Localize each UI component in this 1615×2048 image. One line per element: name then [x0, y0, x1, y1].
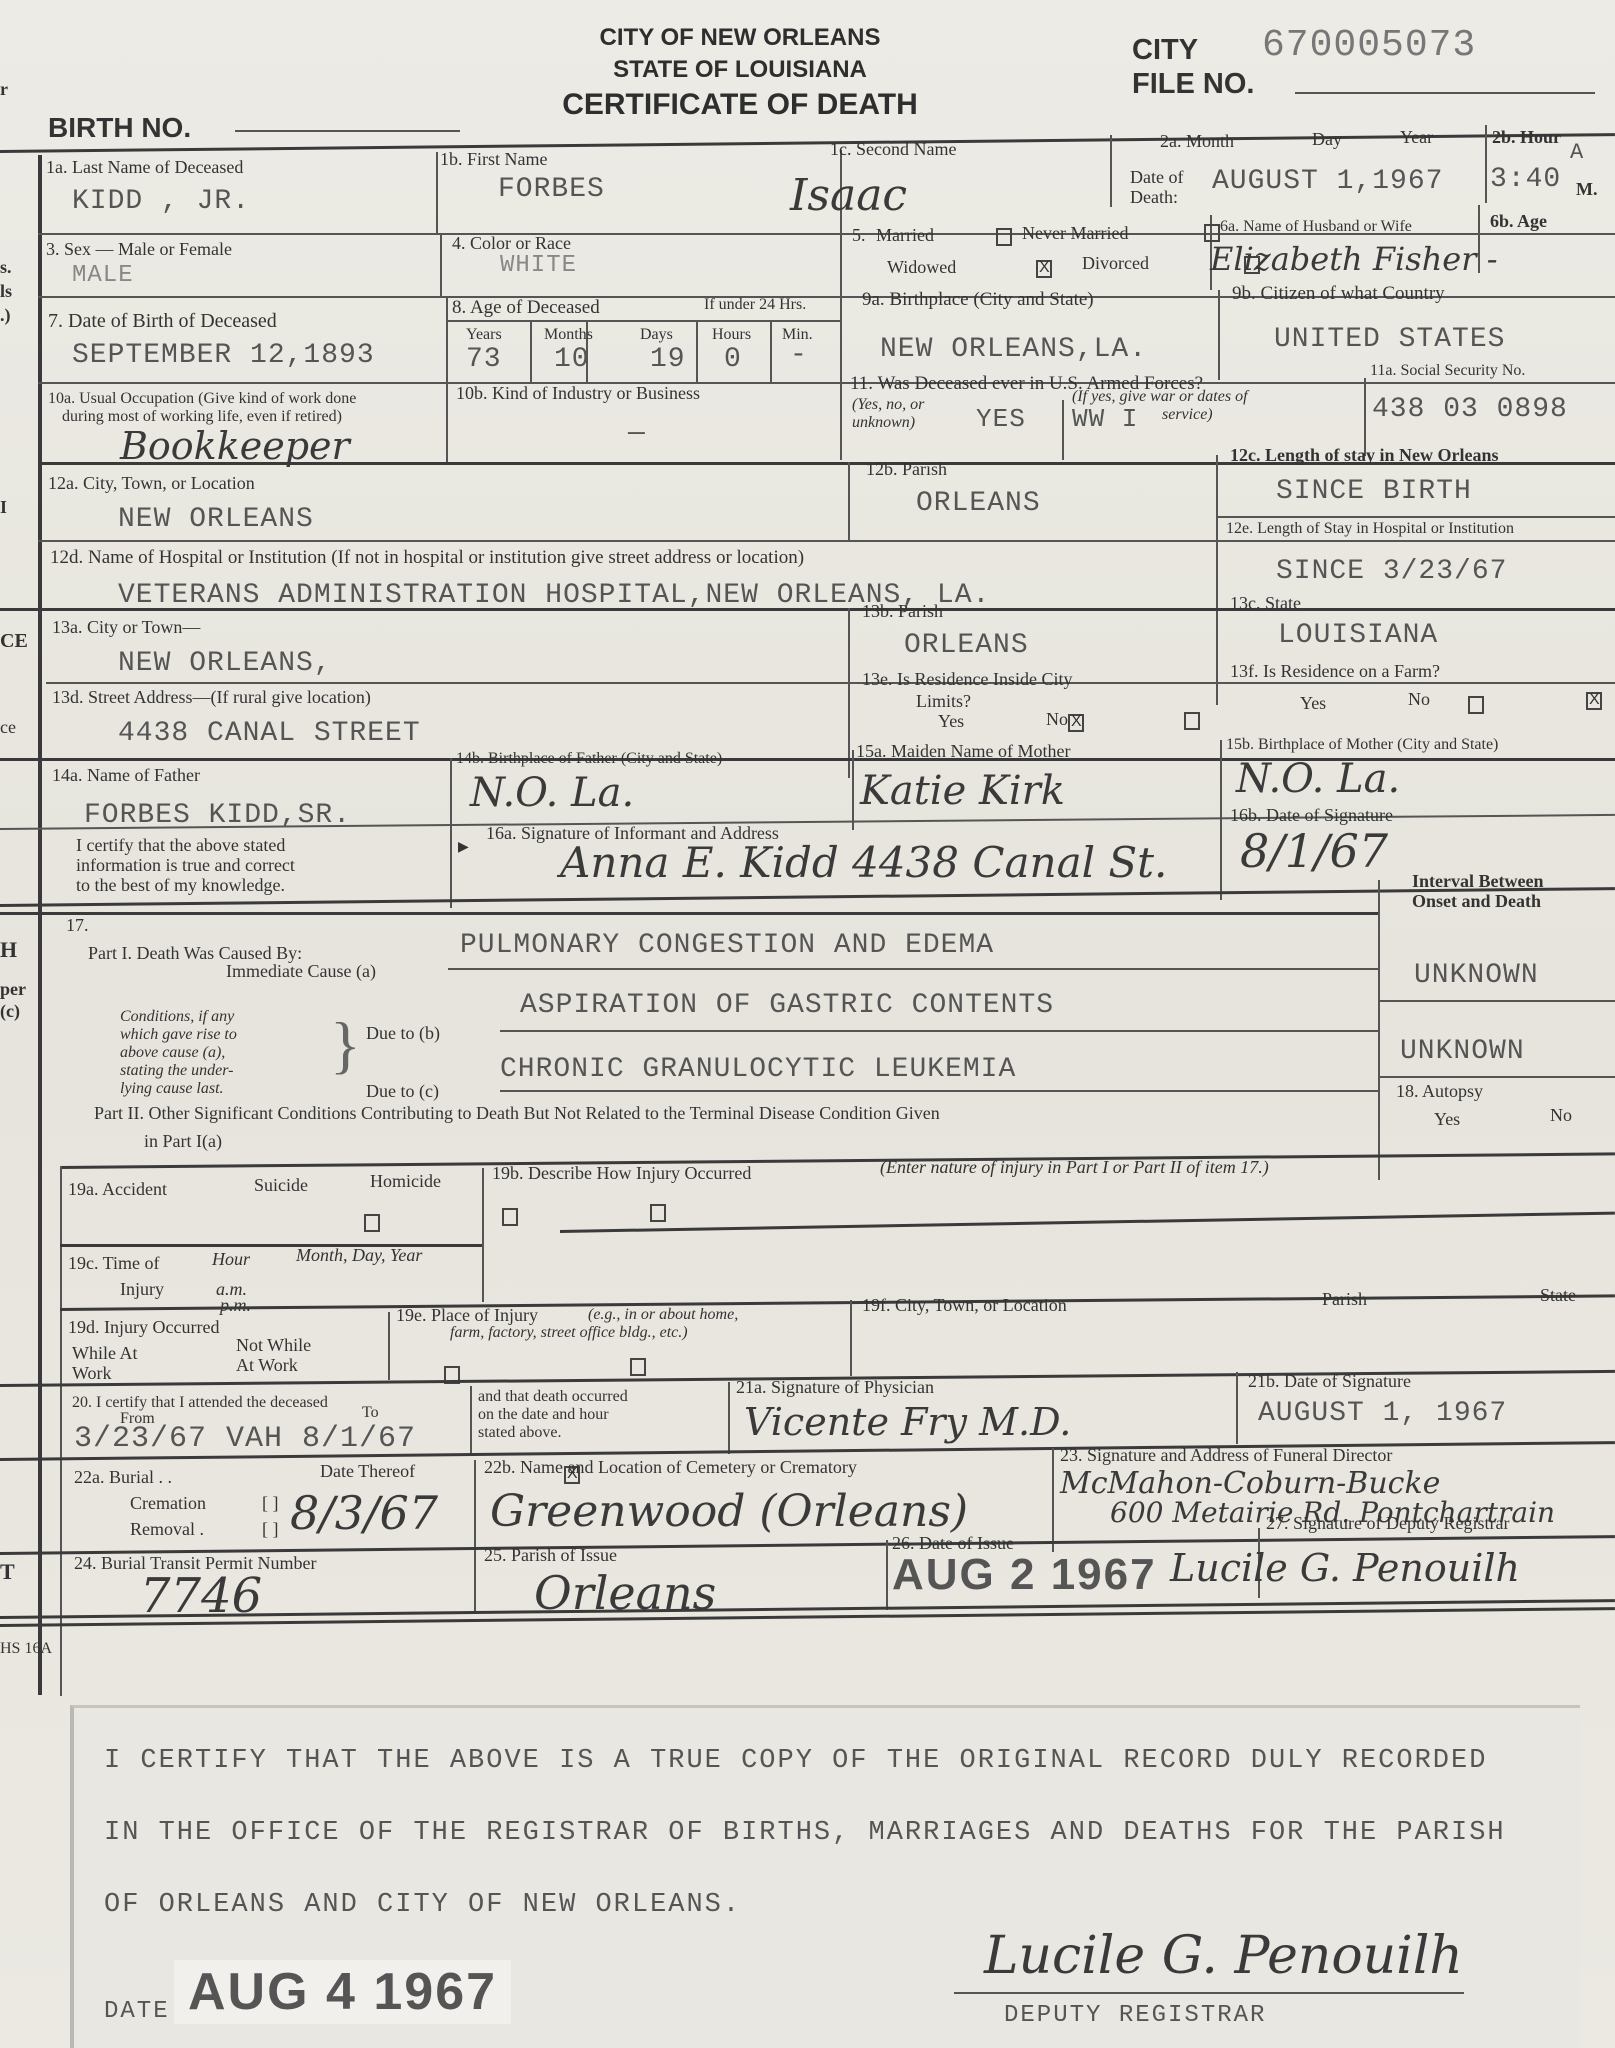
value-stay-hospital: SINCE 3/23/67 [1276, 556, 1507, 587]
col-divider [770, 322, 772, 382]
value-age-years: 73 [466, 344, 502, 375]
checkbox-cremation[interactable]: [ ] [262, 1494, 279, 1514]
label-1c: 1c. Second Name [830, 140, 956, 160]
certify-line2: information is true and correct [76, 856, 295, 876]
form-left-rule [38, 155, 42, 1695]
value-mother-maiden-name: Katie Kirk [860, 768, 1065, 814]
row-divider [38, 540, 1615, 542]
label-19a-homicide: Homicide [370, 1172, 441, 1192]
label-2a-year: Year [1400, 128, 1433, 148]
row-divider [46, 682, 1615, 684]
col-divider [840, 292, 842, 384]
label-20-cont2: on the date and hour [478, 1406, 609, 1424]
label-1b: 1b. First Name [440, 150, 548, 170]
label-19a-accident: 19a. Accident [68, 1180, 167, 1200]
col-divider [388, 1312, 390, 1380]
checkbox-inside-city-no[interactable] [1184, 712, 1200, 730]
page-title: CERTIFICATE OF DEATH [520, 88, 960, 122]
form-code: HS 16A [0, 1640, 52, 1658]
label-due-c: Due to (c) [366, 1082, 439, 1102]
margin-fragment: r [0, 80, 8, 100]
label-immediate-cause: Immediate Cause (a) [226, 962, 376, 982]
value-attended-dates: 3/23/67 VAH 8/1/67 [74, 1422, 416, 1456]
col-divider [840, 380, 842, 460]
certify-line1: I certify that the above stated [76, 836, 285, 856]
header-state: STATE OF LOUISIANA [520, 56, 960, 84]
label-years: Years [466, 326, 502, 344]
value-date-of-birth: SEPTEMBER 12,1893 [72, 340, 375, 371]
label-interval-line2: Onset and Death [1412, 892, 1541, 912]
label-5: 5. [852, 226, 866, 246]
value-residence-parish: ORLEANS [904, 630, 1029, 661]
value-date-of-issue: AUG 2 1967 [892, 1550, 1157, 1600]
label-13e-yes: Yes [938, 712, 964, 732]
label-due-b: Due to (b) [366, 1024, 440, 1044]
col-divider [728, 1382, 730, 1454]
label-death: Death: [1130, 188, 1178, 208]
value-physician-signature: Vicente Fry M.D. [744, 1400, 1071, 1444]
certification-line3: OF ORLEANS AND CITY OF NEW ORLEANS. [104, 1890, 741, 1920]
value-cemetery: Greenwood (Orleans) [490, 1486, 968, 1537]
value-age-hours: 0 [724, 344, 742, 375]
label-19b-hint: (Enter nature of injury in Part I or Par… [880, 1158, 1269, 1178]
row-divider [0, 608, 1615, 611]
value-age-days: 19 [650, 344, 686, 375]
label-2a-day: Day [1312, 130, 1342, 150]
value-father-birthplace: N.O. La. [470, 770, 634, 816]
certification-line2: IN THE OFFICE OF THE REGISTRAR OF BIRTHS… [104, 1818, 1506, 1848]
margin-fragment: ls [0, 282, 12, 302]
certification-box: I CERTIFY THAT THE ABOVE IS A TRUE COPY … [70, 1705, 1580, 2048]
value-second-name: Isaac [790, 170, 907, 221]
label-22b: 22b. Name and Location of Cemetery or Cr… [484, 1458, 857, 1478]
label-13e-no: No [1046, 710, 1068, 730]
label-while-at: While At [72, 1344, 138, 1364]
city-file-label: FILE NO. [1132, 68, 1254, 101]
col-divider [474, 1460, 476, 1554]
value-occupation: Bookkeeper [120, 424, 350, 468]
death-certificate: r s. ls .) I CE ce H per (c) T CITY OF N… [0, 0, 1615, 2048]
label-12c: 12c. Length of stay in New Orleans [1230, 446, 1499, 466]
label-conditions-5: lying cause last. [120, 1080, 224, 1098]
label-10b: 10b. Kind of Industry or Business [456, 384, 700, 404]
value-ampm-a: A [1570, 140, 1584, 165]
col-divider [850, 1300, 852, 1376]
label-15b: 15b. Birthplace of Mother (City and Stat… [1226, 736, 1498, 754]
margin-fragment: CE [0, 630, 28, 652]
form-top-rule [0, 133, 1615, 153]
label-19c-hour: Hour [212, 1250, 250, 1270]
label-18-no: No [1550, 1106, 1572, 1126]
value-cause-b: ASPIRATION OF GASTRIC CONTENTS [520, 990, 1054, 1021]
label-19e-hint2: farm, factory, street office bldg., etc.… [450, 1324, 688, 1342]
value-interval-c: UNKNOWN [1400, 1036, 1525, 1067]
col-divider [440, 234, 442, 296]
value-industry: — [628, 418, 646, 449]
label-19b: 19b. Describe How Injury Occurred [492, 1164, 751, 1184]
value-armed-forces: YES [976, 404, 1026, 434]
value-stay-new-orleans: SINCE BIRTH [1276, 476, 1472, 507]
label-divorced: Divorced [1082, 254, 1149, 274]
label-15a: 15a. Maiden Name of Mother [856, 742, 1070, 762]
label-20-cont3: stated above. [478, 1424, 562, 1442]
label-widowed: Widowed [887, 258, 956, 278]
value-ampm-m: M. [1576, 180, 1598, 200]
label-22a-date: Date Thereof [320, 1462, 415, 1482]
injury-desc-line [560, 1212, 1615, 1233]
margin-fragment: .) [0, 306, 11, 326]
label-6a: 6a. Name of Husband or Wife [1220, 218, 1412, 236]
col-divider [530, 322, 532, 382]
cause-b-line [500, 1030, 1378, 1032]
label-13f-yes: Yes [1300, 694, 1326, 714]
value-age-months: 10 [554, 344, 590, 375]
city-file-number: 670005073 [1262, 24, 1476, 67]
value-physician-date: AUGUST 1, 1967 [1258, 1398, 1507, 1429]
label-2a-month: 2a. Month [1160, 132, 1234, 152]
label-part2-sub: in Part I(a) [144, 1132, 222, 1152]
city-file-label: CITY [1132, 34, 1198, 67]
value-informant-date: 8/1/67 [1240, 824, 1388, 878]
label-1a: 1a. Last Name of Deceased [46, 158, 243, 178]
label-14b: 14b. Birthplace of Father (City and Stat… [456, 750, 722, 768]
birth-no-line [235, 130, 460, 132]
label-work: Work [72, 1364, 112, 1384]
value-street-address: 4438 CANAL STREET [118, 718, 421, 749]
label-months: Months [544, 326, 593, 344]
col-divider [852, 750, 854, 830]
checkbox-removal[interactable]: [ ] [262, 1520, 279, 1540]
label-19e: 19e. Place of Injury [396, 1306, 538, 1326]
label-22a-removal: Removal . [130, 1520, 204, 1540]
label-12d: 12d. Name of Hospital or Institution (If… [50, 548, 804, 569]
col-divider [450, 758, 452, 908]
row-divider [38, 382, 1615, 384]
margin-fragment: per [0, 980, 26, 1000]
col-divider [1062, 400, 1064, 460]
value-hour: 3:40 [1490, 164, 1561, 195]
col-divider [886, 1540, 888, 1610]
label-10a-line1: 10a. Usual Occupation (Give kind of work… [48, 390, 356, 408]
checkbox-inside-city-yes[interactable] [1068, 714, 1084, 732]
label-days: Days [640, 326, 673, 344]
label-22a-cremation: Cremation [130, 1494, 206, 1514]
col-divider [1110, 135, 1112, 207]
label-21b: 21b. Date of Signature [1248, 1372, 1411, 1392]
label-7: 7. Date of Birth of Deceased [48, 310, 277, 332]
header-city: CITY OF NEW ORLEANS [520, 24, 960, 52]
label-25: 25. Parish of Issue [484, 1546, 617, 1566]
col-divider [474, 1552, 476, 1612]
birth-no-label: BIRTH NO. [48, 112, 191, 144]
col-divider [840, 228, 842, 296]
row-divider [1380, 1000, 1615, 1002]
label-21a: 21a. Signature of Physician [736, 1378, 934, 1398]
margin-fragment: H [0, 938, 17, 962]
label-19f-parish: Parish [1322, 1290, 1367, 1310]
label-13e-line2: Limits? [916, 692, 971, 712]
section-divider [60, 1152, 1615, 1169]
label-19c-mdy: Month, Day, Year [296, 1246, 422, 1266]
signature-line [954, 1992, 1464, 1994]
cause-c-line [500, 1090, 1378, 1092]
value-informant-signature: Anna E. Kidd 4438 Canal St. [560, 838, 1167, 887]
label-20: 20. I certify that I attended the deceas… [72, 1394, 328, 1412]
label-19d: 19d. Injury Occurred [68, 1318, 219, 1338]
value-burial-date: 8/3/67 [290, 1486, 438, 1540]
certify-line3: to the best of my knowledge. [76, 876, 285, 896]
label-under-24: If under 24 Hrs. [704, 296, 806, 314]
label-18: 18. Autopsy [1396, 1082, 1483, 1102]
label-13b: 13b. Parish [862, 602, 943, 622]
margin-fragment: s. [0, 258, 12, 278]
checkbox-married[interactable] [996, 228, 1012, 246]
label-19f-state: State [1540, 1286, 1576, 1306]
value-birthplace: NEW ORLEANS,LA. [880, 334, 1147, 365]
label-20-to: To [362, 1404, 379, 1422]
label-2b: 2b. Hour [1492, 128, 1561, 148]
col-divider [848, 608, 850, 778]
value-first-name: FORBES [498, 174, 605, 205]
value-cause-c: CHRONIC GRANULOCYTIC LEUKEMIA [500, 1054, 1016, 1085]
col-divider [482, 1168, 484, 1302]
value-mother-birthplace: N.O. La. [1236, 756, 1400, 802]
label-11-sub2: unknown) [852, 414, 915, 432]
col-divider [696, 322, 698, 382]
label-at-work: At Work [236, 1356, 298, 1376]
label-4: 4. Color or Race [452, 234, 571, 254]
label-13d: 13d. Street Address—(If rural give locat… [52, 688, 371, 708]
value-sex: MALE [72, 262, 134, 289]
row-divider [1216, 516, 1615, 518]
row-divider [60, 1294, 1615, 1311]
value-age-min: - [790, 340, 808, 371]
label-3: 3. Sex — Male or Female [46, 240, 232, 260]
brace-icon: } [330, 1010, 361, 1080]
pointer-arrow-icon: ▶ [458, 840, 469, 855]
label-12a: 12a. City, Town, or Location [48, 474, 255, 494]
checkbox-not-while-at-work[interactable] [630, 1358, 646, 1376]
row-divider [1380, 1076, 1615, 1078]
col-divider [446, 384, 448, 462]
label-10a-line2: during most of working life, even if ret… [62, 408, 342, 426]
value-death-parish: ORLEANS [916, 488, 1041, 519]
value-spouse-name: Elizabeth Fisher - [1210, 240, 1498, 278]
label-27: 27. Signature of Deputy Registrar [1266, 1514, 1509, 1534]
value-war: WW I [1072, 404, 1138, 434]
label-19e-hint1: (e.g., in or about home, [588, 1306, 738, 1324]
label-13a: 13a. City or Town— [52, 618, 200, 638]
checkbox-widowed[interactable] [1036, 260, 1052, 278]
col-divider [436, 152, 438, 234]
checkbox-farm-yes[interactable] [1468, 696, 1484, 714]
value-deputy-registrar-signature: Lucile G. Penouilh [1170, 1546, 1520, 1590]
col-divider [446, 296, 448, 384]
label-9a: 9a. Birthplace (City and State) [862, 290, 1094, 311]
margin-fragment: ce [0, 718, 16, 738]
certification-line1: I CERTIFY THAT THE ABOVE IS A TRUE COPY … [104, 1746, 1487, 1776]
certification-title: DEPUTY REGISTRAR [1004, 2002, 1266, 2029]
file-no-line [1295, 92, 1595, 94]
value-race: WHITE [500, 252, 577, 279]
section-divider [0, 912, 1380, 915]
label-11-sub3: (If yes, give war or dates of [1072, 388, 1248, 406]
value-interval-a: UNKNOWN [1414, 960, 1539, 991]
col-divider [470, 1386, 472, 1456]
label-11a: 11a. Social Security No. [1370, 362, 1525, 380]
value-date-of-death: AUGUST 1,1967 [1212, 166, 1443, 197]
margin-fragment: I [0, 498, 7, 518]
label-19c: 19c. Time of [68, 1254, 160, 1274]
label-13e-line1: 13e. Is Residence Inside City [862, 670, 1072, 690]
value-residence-state: LOUISIANA [1278, 620, 1438, 651]
label-not-while: Not While [236, 1336, 311, 1356]
label-6b: 6b. Age [1490, 212, 1547, 232]
margin-fragment: (c) [0, 1002, 20, 1022]
col-divider [1236, 1372, 1238, 1444]
label-22a-burial: 22a. Burial . . [74, 1468, 172, 1488]
label-18-yes: Yes [1434, 1110, 1460, 1130]
col-divider [1485, 125, 1487, 203]
age-subdivider [446, 320, 840, 322]
label-conditions-2: which gave rise to [120, 1026, 237, 1044]
value-hospital: VETERANS ADMINISTRATION HOSPITAL,NEW ORL… [118, 580, 990, 611]
label-conditions-3: above cause (a), [120, 1044, 225, 1062]
label-13f: 13f. Is Residence on a Farm? [1230, 662, 1440, 682]
label-13c: 13c. State [1230, 594, 1301, 614]
col-divider [1220, 740, 1222, 900]
label-19c-injury: Injury [120, 1280, 164, 1300]
label-19a-suicide: Suicide [254, 1176, 308, 1196]
label-part2: Part II. Other Significant Conditions Co… [94, 1104, 940, 1124]
label-11-sub1: (Yes, no, or [852, 396, 924, 414]
checkbox-suicide[interactable] [502, 1208, 518, 1226]
label-16b: 16b. Date of Signature [1230, 806, 1393, 826]
margin-fragment: T [0, 1560, 15, 1584]
value-ssn: 438 03 0898 [1372, 394, 1568, 425]
label-19f: 19f. City, Town, or Location [862, 1296, 1067, 1316]
label-23: 23. Signature and Address of Funeral Dir… [1060, 1446, 1392, 1466]
value-cause-a: PULMONARY CONGESTION AND EDEMA [460, 930, 994, 961]
checkbox-homicide[interactable] [650, 1204, 666, 1222]
label-conditions-1: Conditions, if any [120, 1008, 234, 1026]
label-12b: 12b. Parish [866, 460, 947, 480]
col-divider [848, 462, 850, 540]
certification-signature: Lucile G. Penouilh [984, 1926, 1463, 1986]
label-8: 8. Age of Deceased [452, 298, 600, 319]
label-married: Married [876, 226, 934, 246]
value-death-city: NEW ORLEANS [118, 504, 314, 535]
checkbox-accident[interactable] [364, 1214, 380, 1232]
value-residence-city: NEW ORLEANS, [118, 648, 332, 679]
col-divider [1378, 880, 1380, 1180]
label-conditions-4: stating the under- [120, 1062, 233, 1080]
label-9b: 9b. Citizen of what Country [1232, 284, 1445, 305]
label-12e: 12e. Length of Stay in Hospital or Insti… [1226, 520, 1514, 538]
label-17: 17. [66, 916, 89, 936]
label-20-cont1: and that death occurred [478, 1388, 628, 1406]
label-14a: 14a. Name of Father [52, 766, 200, 786]
label-13f-no: No [1408, 690, 1430, 710]
col-divider [1216, 455, 1218, 705]
col-divider [1218, 290, 1220, 380]
label-never-married: Never Married [1022, 224, 1128, 244]
certification-date-stamp: AUG 4 1967 [174, 1960, 511, 2024]
label-11-sub4: service) [1162, 406, 1213, 424]
label-hours: Hours [712, 326, 751, 344]
cause-a-line [448, 968, 1378, 970]
label-date-of: Date of [1130, 168, 1183, 188]
value-citizenship: UNITED STATES [1274, 324, 1505, 355]
value-last-name: KIDD , JR. [72, 186, 250, 217]
label-interval-line1: Interval Between [1412, 872, 1543, 892]
col-divider [1052, 1448, 1054, 1552]
checkbox-farm-no[interactable] [1586, 692, 1602, 710]
